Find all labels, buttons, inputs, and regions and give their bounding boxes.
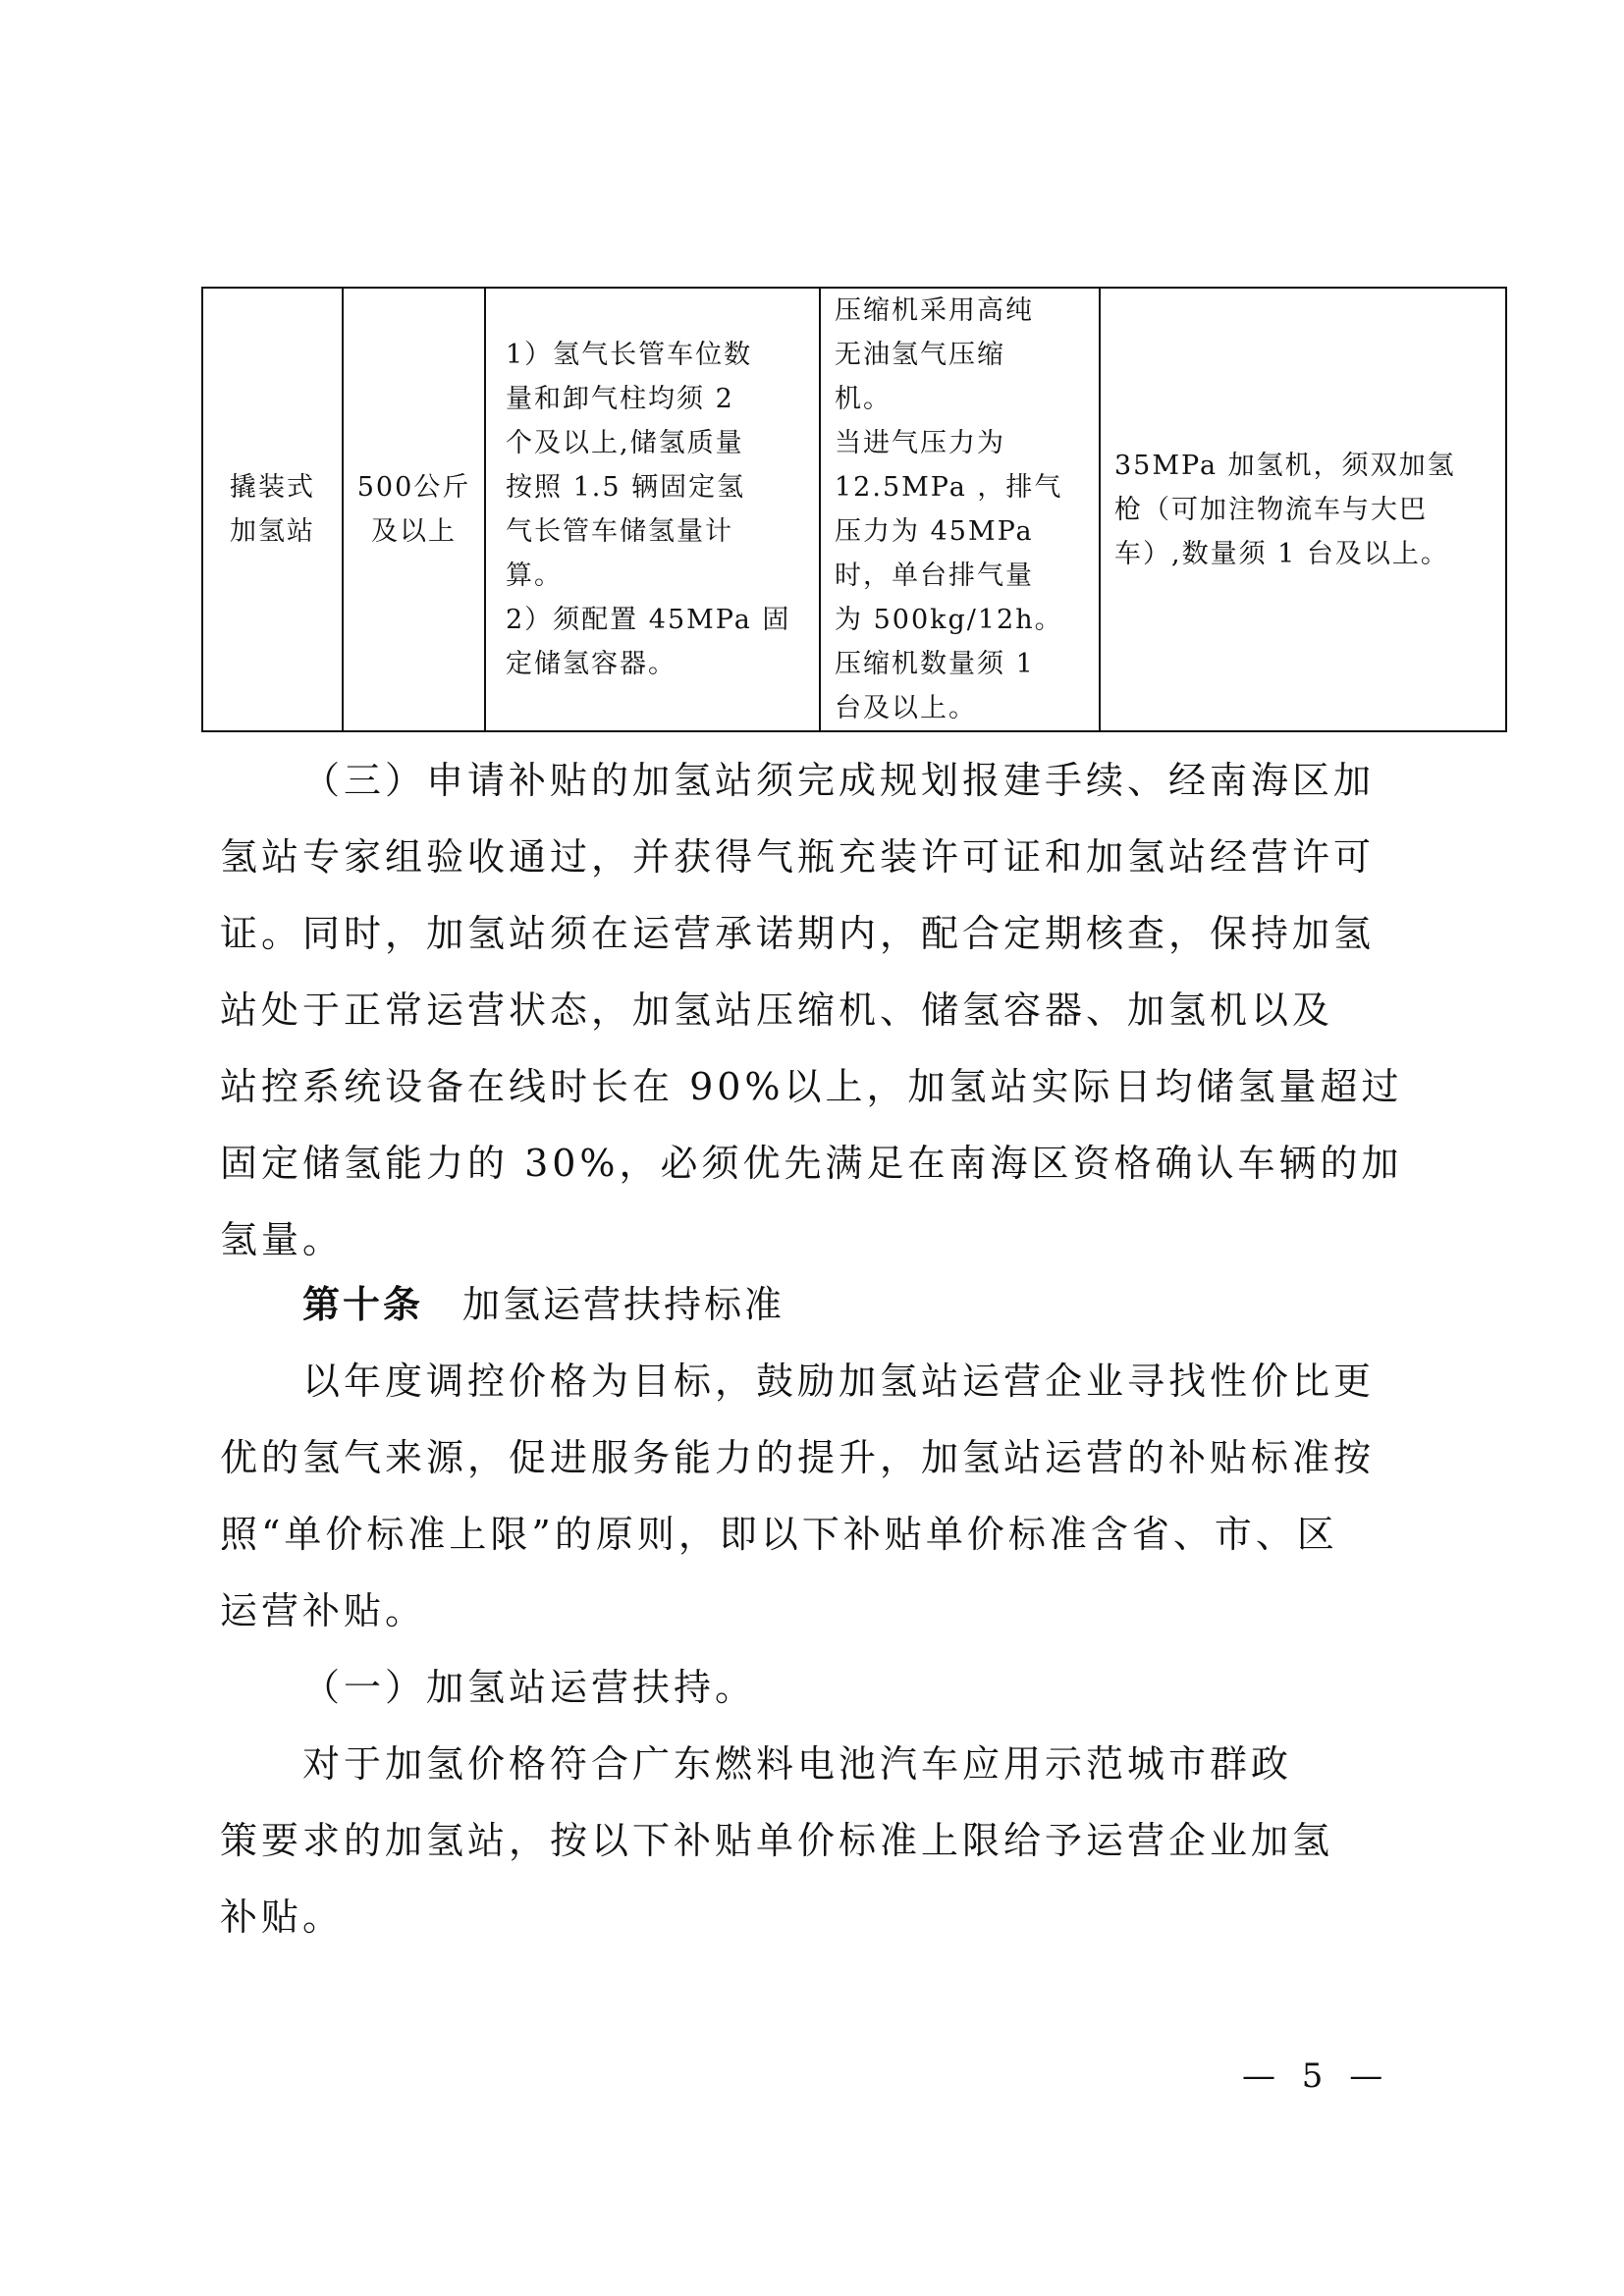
- paragraph-article-intro: 以年度调控价格为目标，鼓励加氢站运营企业寻找性价比更 优的氢气来源，促进服务能力…: [220, 1343, 1459, 1649]
- dispenser-requirement-cell: 35MPa 加氢机，须双加氢 枪（可加注物流车与大巴 车）,数量须 1 台及以上…: [1100, 288, 1506, 731]
- article-number: 第十条: [302, 1283, 423, 1326]
- article-title: 加氢运营扶持标准: [462, 1283, 785, 1326]
- hydrogen-station-spec-table: 撬装式 加氢站 500公斤 及以上 1）氢气长管车位数 量和卸气柱均须 2 个及…: [201, 287, 1507, 732]
- compressor-requirement-cell: 压缩机采用高纯 无油氢气压缩 机。 当进气压力为 12.5MPa ，排气 压力为…: [820, 288, 1100, 731]
- paragraph-operation-subsidy: 对于加氢价格符合广东燃料电池汽车应用示范城市群政 策要求的加氢站，按以下补贴单价…: [220, 1726, 1459, 1955]
- capacity-cell: 500公斤 及以上: [343, 288, 485, 731]
- paragraph-subsidy-conditions: （三）申请补贴的加氢站须完成规划报建手续、经南海区加 氢站专家组验收通过，并获得…: [220, 742, 1459, 1278]
- station-type-cell: 撬装式 加氢站: [202, 288, 343, 731]
- table-row: 撬装式 加氢站 500公斤 及以上 1）氢气长管车位数 量和卸气柱均须 2 个及…: [202, 288, 1506, 731]
- sub-heading-station-operation: （一）加氢站运营扶持。: [220, 1649, 1459, 1726]
- page-number: — 5 —: [1242, 2056, 1390, 2096]
- storage-requirement-cell: 1）氢气长管车位数 量和卸气柱均须 2 个及以上,储氢质量 按照 1.5 辆固定…: [485, 288, 820, 731]
- article-heading: 第十条加氢运营扶持标准: [302, 1266, 785, 1343]
- document-page: 撬装式 加氢站 500公斤 及以上 1）氢气长管车位数 量和卸气柱均须 2 个及…: [0, 0, 1624, 2296]
